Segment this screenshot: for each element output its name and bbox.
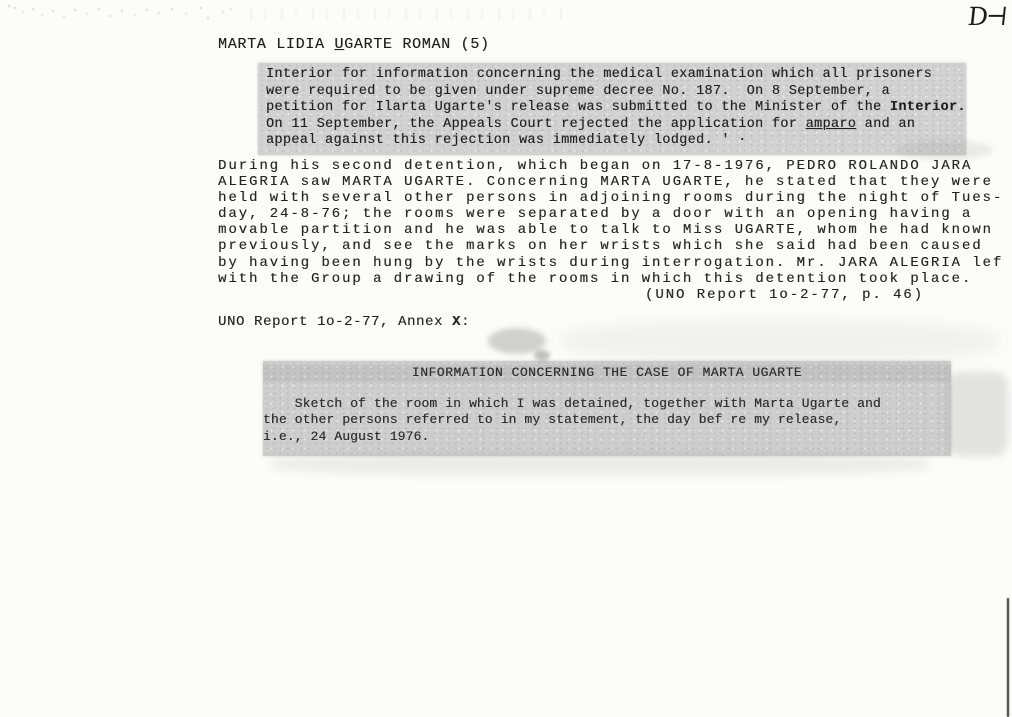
ink-smudge [488,328,546,354]
handwritten-page-mark: D⊣ [966,2,1007,31]
excerpt-line-3-text: petition for Ilarta Ugarte's release was… [266,100,890,115]
body-paragraph: During his second detention, which began… [218,158,1003,303]
paragraph-line: day, 24-8-76; the rooms were separated b… [218,206,1003,222]
paragraph-line: During his second detention, which began… [218,158,1003,174]
annex-body-line: the other persons referred to in my stat… [263,412,951,429]
source-citation: (UNO Report 1o-2-77, p. 46) [645,287,1003,303]
annex-reference-text: UNO Report 1o-2-77, Annex [218,314,452,330]
excerpt-line-3-bold-word: Interior. [890,100,966,115]
photocopy-wash [946,372,1008,456]
annex-reference-line: UNO Report 1o-2-77, Annex X: [218,314,470,330]
paragraph-line: held with several other persons in adjoi… [218,190,1003,206]
annex-body-line: Sketch of the room in which I was detain… [263,396,951,413]
excerpt-line-5: appeal against this rejection was immedi… [266,133,966,150]
title-text-pre: MARTA LIDIA [218,36,334,53]
paragraph-line: ALEGRIA saw MARTA UGARTE. Concerning MAR… [218,174,1003,190]
excerpt-line-4: On 11 September, the Appeals Court rejec… [266,117,966,134]
scan-noise-strip [250,8,570,20]
paragraph-line: with the Group a drawing of the rooms in… [218,271,1003,287]
annex-body-line: i.e., 24 August 1976. [263,429,951,446]
excerpt-line-4-text-post: and an [856,117,915,132]
photocopy-wash [560,320,1000,362]
annex-box-heading: INFORMATION CONCERNING THE CASE OF MARTA… [263,365,951,382]
scanned-document-page: D⊣ MARTA LIDIA UGARTE ROMAN (5) Interior… [0,0,1012,717]
paragraph-line: by having been hung by the wrists during… [218,255,1003,271]
annex-number: X [452,314,461,330]
excerpt-line-4-underlined-word: amparo [806,117,857,132]
scan-edge-line [1007,598,1009,717]
title-underlined-letter: U [334,36,344,53]
ink-smudge [534,350,550,361]
scan-noise-speckles [8,5,10,7]
title-text-post: GARTE ROMAN (5) [344,36,490,53]
excerpt-line-1: Interior for information concerning the … [266,67,966,84]
paragraph-line: movable partition and he was able to tal… [218,222,1003,238]
document-title: MARTA LIDIA UGARTE ROMAN (5) [218,36,490,53]
annex-excerpt-box: INFORMATION CONCERNING THE CASE OF MARTA… [263,361,951,456]
excerpt-line-2: were required to be given under supreme … [266,84,966,101]
excerpt-line-4-text: On 11 September, the Appeals Court rejec… [266,117,806,132]
annex-reference-colon: : [461,314,470,330]
paragraph-line: previously, and see the marks on her wri… [218,238,1003,254]
quoted-excerpt-box: Interior for information concerning the … [258,63,966,155]
excerpt-line-3: petition for Ilarta Ugarte's release was… [266,100,966,117]
